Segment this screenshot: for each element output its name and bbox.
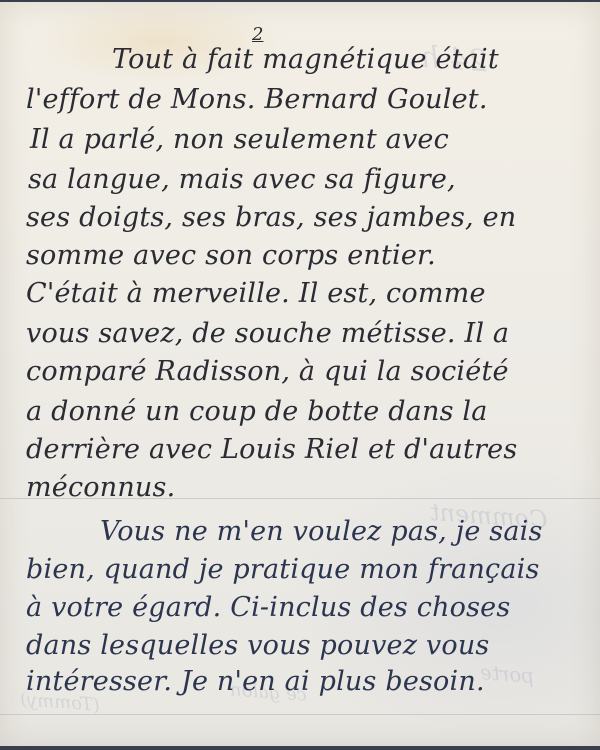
letter-line: à votre égard. Ci-inclus des choses [26,592,510,623]
letter-line: a donné un coup de botte dans la [26,396,488,427]
letter-line: l'effort de Mons. Bernard Goulet. [26,84,488,115]
letter-line: somme avec son corps entier. [26,240,436,271]
paper-fold-line [0,714,600,715]
letter-line: dans lesquelles vous pouvez vous [26,630,489,661]
letter-line: Vous ne m'en voulez pas, je sais [100,516,543,547]
letter-line: intéresser. Je n'en ai plus besoin. [26,666,485,697]
bleed-through-text: porte [479,660,535,688]
letter-line: derrière avec Louis Riel et d'autres [26,434,517,465]
letter-line: méconnus. [26,472,175,503]
letter-line: sa langue, mais avec sa figure, [28,164,456,195]
letter-line: bien, quand je pratique mon français [26,554,540,585]
letter-line: Il a parlé, non seulement avec [30,124,449,155]
letter-page: 24 h Comment (Tommy) porte ce galon 2 To… [0,2,600,746]
letter-line: C'était à merveille. Il est, comme [26,278,486,309]
letter-line: Tout à fait magnétique était [112,44,499,75]
letter-line: ses doigts, ses bras, ses jambes, en [26,202,516,233]
letter-line: comparé Radisson, à qui la société [26,356,509,387]
page-number: 2 [252,24,263,45]
letter-line: vous savez, de souche métisse. Il a [26,318,509,349]
